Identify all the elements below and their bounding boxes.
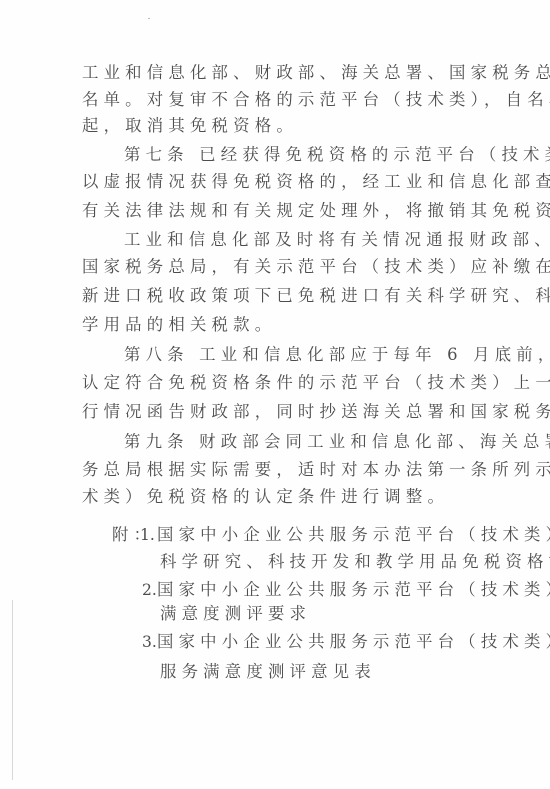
attachment-title-line: 国家中小企业公共服务示范平台（技术类） [157,631,550,653]
paragraph-first-line: 工业和信息化部及时将有关情况通报财政部、海关总署和 [124,229,550,251]
attachment-number: 1. [140,524,155,546]
body-line: 国家税务总局，有关示范平台（技术类）应补缴在支持科技创 [82,256,550,278]
attachment-title-line: 国家中小企业公共服务示范平台（技术类）进口 [157,524,550,546]
attachment-title-line: 科学研究、科技开发和教学用品免税资格审核表 [160,551,550,573]
scan-artifact-dot [148,18,150,19]
body-line: 认定符合免税资格条件的示范平台（技术类）上一年度政策执 [82,372,550,394]
scan-artifact-line [12,600,13,780]
body-line: 行情况函告财政部，同时抄送海关总署和国家税务总局。 [82,401,550,423]
attachment-title-line: 国家中小企业公共服务示范平台（技术类）服务 [157,579,550,601]
body-line: 务总局根据实际需要，适时对本办法第一条所列示范平台（技 [82,459,550,481]
attachment-number: 3. [142,631,157,653]
document-page: 工业和信息化部、财政部、海关总署、国家税务总局联合公布 名单。对复审不合格的示范… [0,0,550,789]
attachment-number: 2. [142,579,157,601]
body-line: 名单。对复审不合格的示范平台（技术类），自名单公布之日 [82,89,550,111]
body-line: 以虚报情况获得免税资格的，经工业和信息化部查实后，除按 [82,171,550,193]
attachment-title-line: 满意度测评要求 [160,603,311,625]
article-heading-line: 第七条 已经获得免税资格的示范平台（技术类），如存在 [124,144,550,166]
body-line: 工业和信息化部、财政部、海关总署、国家税务总局联合公布 [82,62,550,84]
article-heading-line: 第九条 财政部会同工业和信息化部、海关总署和国家税 [124,431,550,453]
article-heading-line: 第八条 工业和信息化部应于每年 6 月底前，将汇总的经 [124,344,550,366]
body-line: 学用品的相关税款。 [82,314,276,336]
body-line: 新进口税收政策项下已免税进口有关科学研究、科技开发和教 [82,285,550,307]
body-line: 起，取消其免税资格。 [82,115,298,137]
body-line: 术类）免税资格的认定条件进行调整。 [82,486,449,508]
attachment-title-line: 服务满意度测评意见表 [160,661,376,683]
body-line: 有关法律法规和有关规定处理外，将撤销其免税资格。 [82,200,550,222]
